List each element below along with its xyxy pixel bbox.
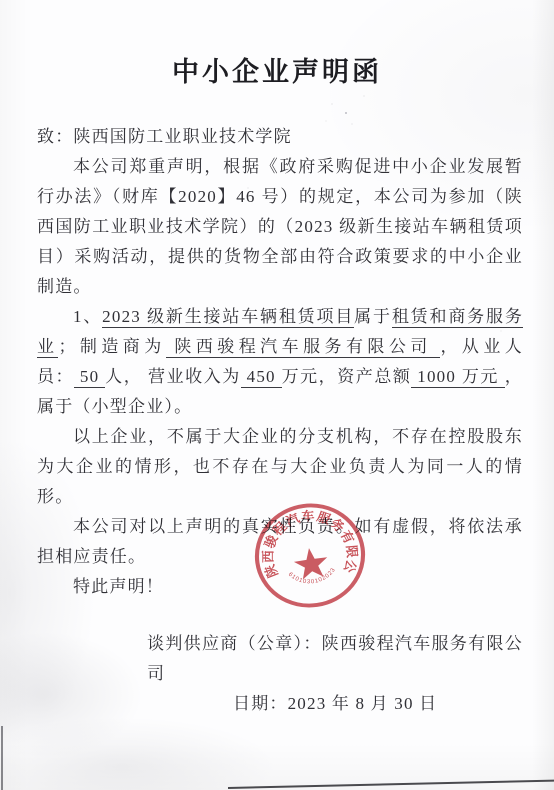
document-body: 致：陕西国防工业职业技术学院 本公司郑重声明，根据《政府采购促进中小企业发展暂行… bbox=[0, 122, 554, 719]
manufacturer-name-underline: 陕西骏程汽车服务有限公司 bbox=[166, 337, 441, 358]
company-seal-stamp: 陕西骏程汽车服务有限公司 6101030102023 bbox=[244, 492, 376, 618]
signature-block: 谈判供应商（公章）：陕西骏程汽车服务有限公司 日期：2023 年 8 月 30 … bbox=[37, 629, 523, 719]
clause-text: 属于 bbox=[354, 307, 392, 326]
scan-artifact-left-edge bbox=[1, 726, 3, 790]
clause-text: ；制造商为 bbox=[58, 337, 165, 356]
salutation-line: 致：陕西国防工业职业技术学院 bbox=[37, 122, 523, 152]
supplier-signature-line: 谈判供应商（公章）：陕西骏程汽车服务有限公司 bbox=[37, 629, 523, 689]
scan-artifact-bottom-edge bbox=[228, 780, 554, 789]
date-line: 日期：2023 年 8 月 30 日 bbox=[37, 689, 523, 719]
declaration-document-page: 中小企业声明函 致：陕西国防工业职业技术学院 本公司郑重声明，根据《政府采购促进… bbox=[0, 0, 554, 790]
clause-number: 1、 bbox=[73, 307, 102, 326]
scan-speckles bbox=[345, 112, 347, 114]
assets-underline: 1000 万元 bbox=[411, 367, 504, 388]
clause-text: 万元，资产总额 bbox=[282, 367, 412, 386]
project-clause-paragraph: 1、2023 级新生接站车辆租赁项目属于租赁和商务服务业；制造商为 陕西骏程汽车… bbox=[37, 302, 523, 422]
revenue-underline: 450 bbox=[241, 367, 282, 388]
clause-text: 人， 营业收入为 bbox=[105, 367, 241, 386]
project-name-underline: 2023 级新生接站车辆租赁项目 bbox=[102, 307, 354, 328]
declaration-paragraph: 本公司郑重声明，根据《政府采购促进中小企业发展暂行办法》（财库【2020】46 … bbox=[37, 152, 523, 302]
branch-disclaimer-paragraph: 以上企业，不属于大企业的分支机构，不存在控股股东为大企业的情形，也不存在与大企业… bbox=[37, 422, 523, 512]
employee-count-underline: 50 bbox=[74, 367, 105, 388]
document-title: 中小企业声明函 bbox=[0, 50, 554, 89]
